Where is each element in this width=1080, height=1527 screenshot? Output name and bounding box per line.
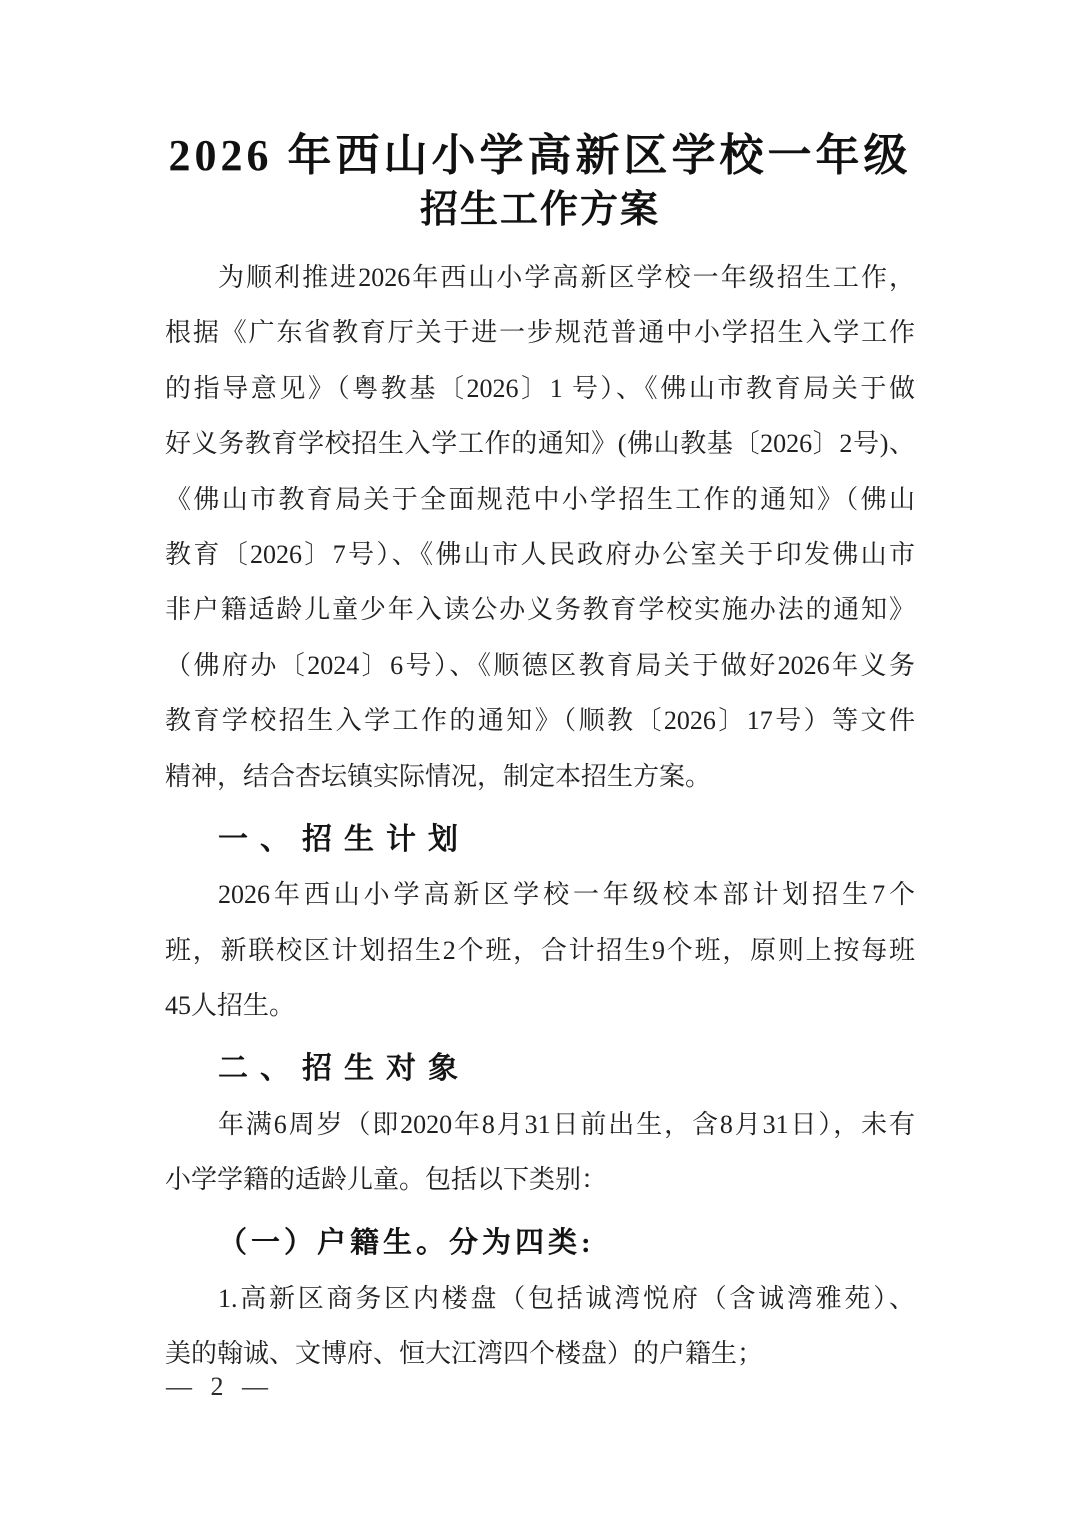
paragraph-line: 好义务教育学校招生入学工作的通知》(佛山教基〔2026〕2号)、 — [165, 416, 915, 471]
paragraph-line: 《佛山市教育局关于全面规范中小学招生工作的通知》（佛山 — [165, 472, 915, 527]
paragraph-line: （佛府办〔2024〕6号）、《顺德区教育局关于做好2026年义务 — [165, 638, 915, 693]
paragraph-line: 1.高新区商务区内楼盘（包括诚湾悦府（含诚湾雅苑）、 — [165, 1271, 915, 1326]
paragraph-line: 教育学校招生入学工作的通知》（顺教〔2026〕17号）等文件 — [165, 693, 915, 748]
section-heading-enrollment-plan: 一、招生计划 — [165, 812, 915, 867]
paragraph-line: 年满6周岁（即2020年8月31日前出生，含8月31日），未有 — [165, 1097, 915, 1152]
paragraph-line: 美的翰诚、文博府、恒大江湾四个楼盘）的户籍生； — [165, 1326, 915, 1381]
document-title-line-2: 招生工作方案 — [165, 184, 915, 236]
paragraph-line: 为顺利推进2026年西山小学高新区学校一年级招生工作， — [165, 250, 915, 305]
paragraph-line: 的指导意见》（粤教基〔2026〕1 号）、《佛山市教育局关于做 — [165, 361, 915, 416]
paragraph-line: 非户籍适龄儿童少年入读公办义务教育学校实施办法的通知》 — [165, 582, 915, 637]
document-content: 2026 年西山小学高新区学校一年级 招生工作方案 为顺利推进2026年西山小学… — [165, 0, 915, 1382]
paragraph-line: 教育〔2026〕7号）、《佛山市人民政府办公室关于印发佛山市 — [165, 527, 915, 582]
paragraph-line: 2026年西山小学高新区学校一年级校本部计划招生7个 — [165, 867, 915, 922]
document-title-line-1: 2026 年西山小学高新区学校一年级 — [165, 128, 915, 184]
section-heading-enrollment-targets: 二、招生对象 — [165, 1041, 915, 1096]
paragraph-line: 精神，结合杏坛镇实际情况，制定本招生方案。 — [165, 749, 915, 804]
paragraph-line: 班，新联校区计划招生2个班，合计招生9个班，原则上按每班 — [165, 923, 915, 978]
page-number: — 2 — — [166, 1372, 274, 1402]
paragraph-line: 小学学籍的适龄儿童。包括以下类别： — [165, 1152, 915, 1207]
document-title: 2026 年西山小学高新区学校一年级 招生工作方案 — [165, 0, 915, 236]
paragraph-line: 根据《广东省教育厅关于进一步规范普通中小学招生入学工作 — [165, 305, 915, 360]
document-body: 为顺利推进2026年西山小学高新区学校一年级招生工作， 根据《广东省教育厅关于进… — [165, 250, 915, 1382]
subsection-heading-household-students: （一）户籍生。分为四类: — [165, 1216, 915, 1271]
document-page: 2026 年西山小学高新区学校一年级 招生工作方案 为顺利推进2026年西山小学… — [0, 0, 1080, 1527]
paragraph-line: 45人招生。 — [165, 978, 915, 1033]
